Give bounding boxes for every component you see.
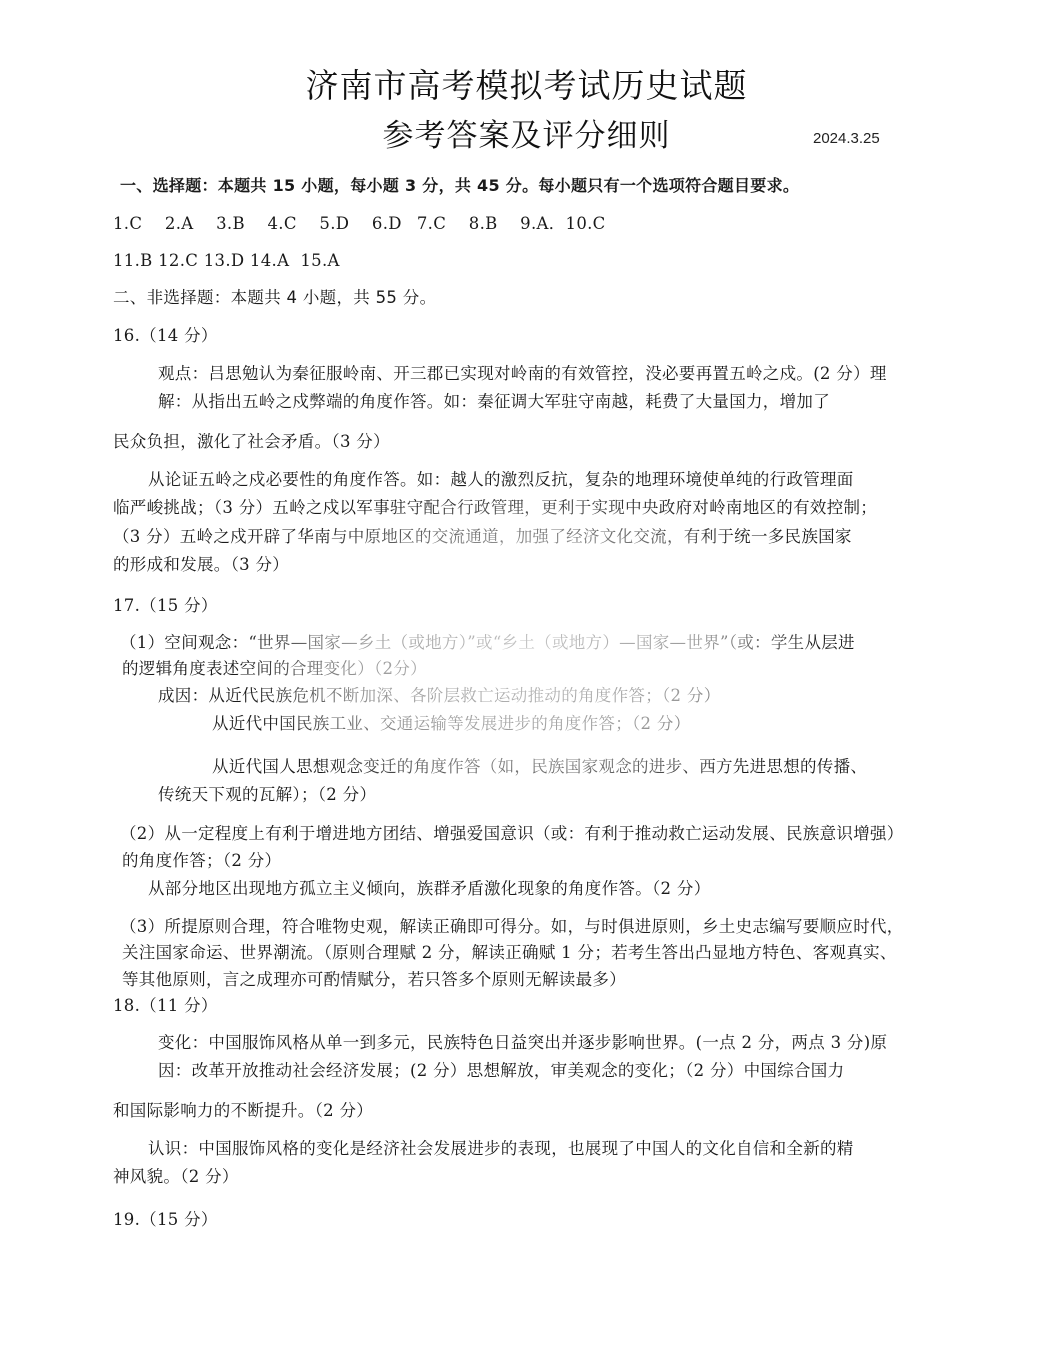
q17-line: （1）空间观念：“世界—国家—乡土（或地方）”或“乡土（或地方）—国家—世界”（…	[120, 633, 855, 653]
q18-line: 认识：中国服饰风格的变化是经济社会发展进步的表现，也展现了中国人的文化自信和全新…	[148, 1139, 854, 1159]
q17-line: （2）从一定程度上有利于增进地方团结、增强爱国意识（或：有利于推动救亡运动发展、…	[120, 824, 904, 844]
q19-label: 19.（15 分）	[113, 1210, 218, 1230]
choice-answers-line-2: 11.B 12.C 13.D 14.A 15.A	[113, 251, 340, 271]
q17-line: 的角度作答；（2 分）	[122, 851, 281, 871]
q18-label: 18.（11 分）	[113, 996, 218, 1016]
q17-line: 从部分地区出现地方孤立主义倾向，族群矛盾激化现象的角度作答。（2 分）	[148, 879, 711, 899]
q17-label: 17.（15 分）	[113, 596, 218, 616]
q18-line: 和国际影响力的不断提升。（2 分）	[113, 1101, 373, 1121]
choice-answers-line-1: 1.C 2.A 3.B 4.C 5.D 6.D 7.C 8.B 9.A．10.C	[113, 214, 606, 234]
q17-line: 成因：从近代民族危机不断加深、各阶层救亡运动推动的角度作答；（2 分）	[158, 686, 721, 706]
document-title: 济南市高考模拟考试历史试题	[0, 66, 1053, 106]
q17-line: 从近代中国民族工业、交通运输等发展进步的角度作答；（2 分）	[212, 714, 691, 734]
q18-line: 因：改革开放推动社会经济发展；(2 分）思想解放，审美观念的变化；（2 分）中国…	[158, 1061, 844, 1081]
q16-line: 解：从指出五岭之戍弊端的角度作答。如：秦征调大军驻守南越，耗费了大量国力，增加了	[158, 392, 830, 412]
q17-line: 的逻辑角度表述空间的合理变化）（2分）	[122, 659, 427, 679]
q18-line: 变化：中国服饰风格从单一到多元，民族特色日益突出并逐步影响世界。(一点 2 分，…	[158, 1033, 887, 1053]
q17-line: （3）所提原则合理，符合唯物史观，解读正确即可得分。如，与时俱进原则，乡土史志编…	[120, 917, 904, 937]
q17-line: 从近代国人思想观念变迁的角度作答（如，民族国家观念的进步、西方先进思想的传播、	[212, 757, 867, 777]
q16-label: 16.（14 分）	[113, 326, 218, 346]
q16-line: 民众负担，激化了社会矛盾。（3 分）	[113, 432, 390, 452]
document-subtitle: 参考答案及评分细则	[0, 116, 1053, 156]
q16-line: 临严峻挑战；（3 分）五岭之戍以军事驻守配合行政管理，更利于实现中央政府对岭南地…	[113, 498, 877, 518]
q16-line: 从论证五岭之戍必要性的角度作答。如：越人的激烈反抗，复杂的地理环境使单纯的行政管…	[148, 470, 854, 490]
section1-heading: 一、选择题：本题共 15 小题，每小题 3 分，共 45 分。每小题只有一个选项…	[120, 176, 799, 196]
q16-line: 的形成和发展。（3 分）	[113, 555, 289, 575]
q17-line: 关注国家命运、世界潮流。（原则合理赋 2 分，解读正确赋 1 分；若考生答出凸显…	[122, 943, 897, 963]
document-date: 2024.3.25	[813, 130, 880, 147]
q16-line: （3 分）五岭之戍开辟了华南与中原地区的交流通道，加强了经济文化交流，有利于统一…	[113, 527, 852, 547]
q18-line: 神风貌。（2 分）	[113, 1167, 239, 1187]
q17-line: 等其他原则，言之成理亦可酌情赋分，若只答多个原则无解读最多）	[122, 970, 626, 990]
q16-line: 观点：吕思勉认为秦征服岭南、开三郡已实现对岭南的有效管控，没必要再置五岭之戍。(…	[158, 364, 887, 384]
section2-heading: 二、非选择题：本题共 4 小题，共 55 分。	[113, 288, 436, 308]
q17-line: 传统天下观的瓦解）；（2 分）	[158, 785, 376, 805]
